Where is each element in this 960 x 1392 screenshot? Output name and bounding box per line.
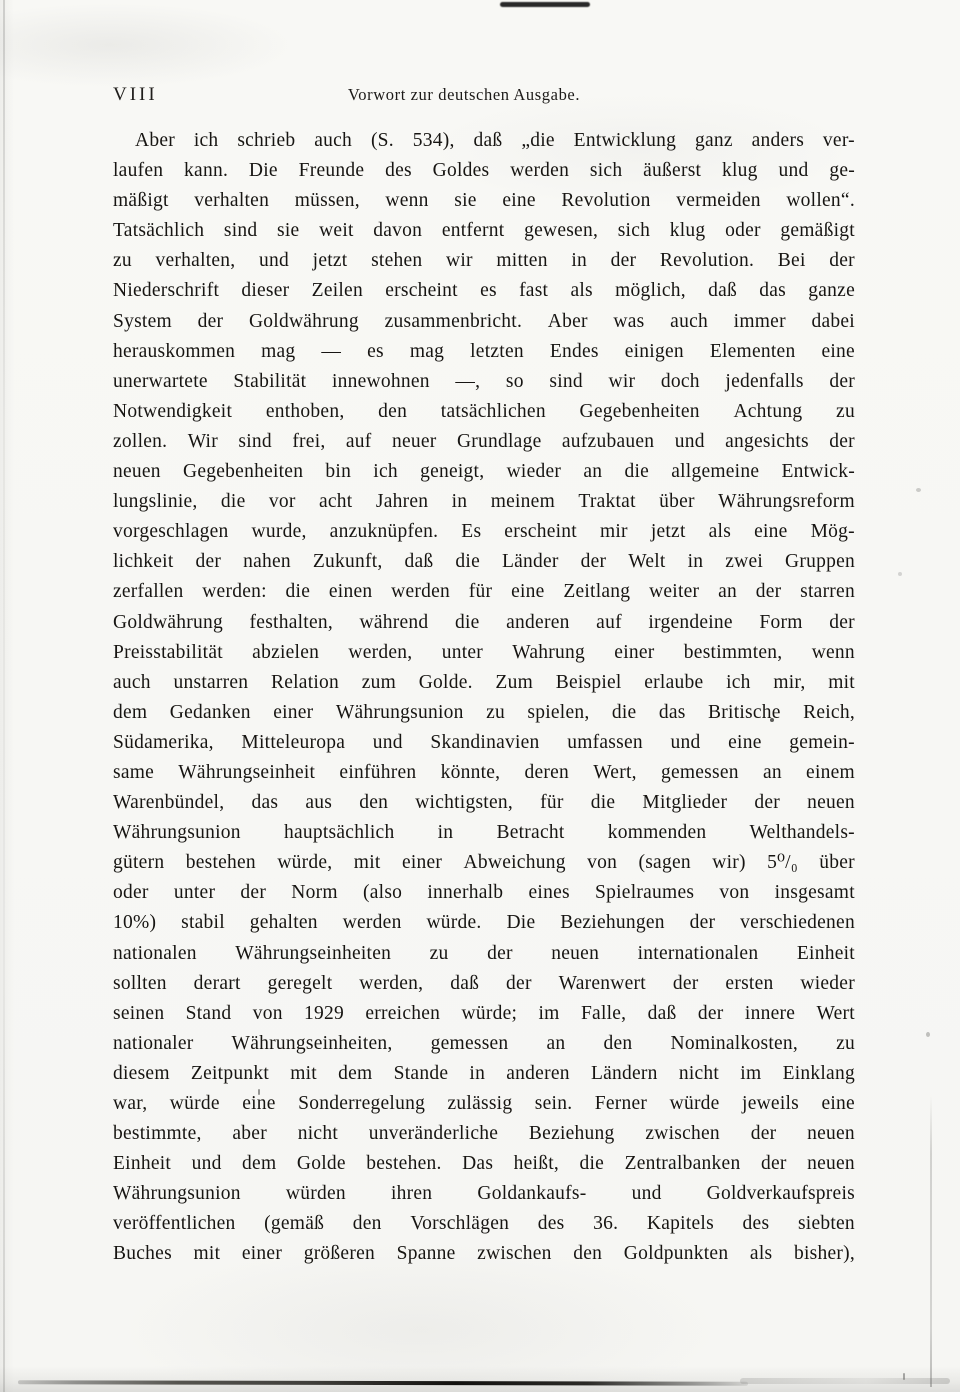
text-line: nationalenWährungseinheitenzuderneuenint…	[113, 939, 855, 969]
text-line: vorgeschlagenwurde,anzuknüpfen.Eserschei…	[113, 517, 855, 547]
text-line: Tatsächlichsindsieweitdavonentferntgewes…	[113, 216, 855, 246]
text-line: unerwarteteStabilitätinnewohnen—,sosindw…	[113, 367, 855, 397]
text-line: 10%)stabilgehaltenwerdenwürde.DieBeziehu…	[113, 908, 855, 938]
text-line: nationalerWährungseinheiten,gemessenande…	[113, 1029, 855, 1059]
text-line: BuchesmiteinergrößerenSpannezwischendenG…	[113, 1239, 855, 1269]
page-header: VIII Vorwort zur deutschen Ausgabe.	[113, 84, 855, 108]
text-line: lungslinie,dievorachtJahreninmeinemTrakt…	[113, 487, 855, 517]
text-line: herauskommenmag—esmagletztenEndeseinigen…	[113, 337, 855, 367]
text-line: zollen.Wirsindfrei,aufneuerGrundlageaufz…	[113, 427, 855, 457]
text-line: auchunstarrenRelationzumGolde.ZumBeispie…	[113, 668, 855, 698]
text-line: güternbestehenwürde,miteinerAbweichungvo…	[113, 848, 855, 878]
scan-dust-speck	[903, 1373, 905, 1380]
scan-artifact-right-edge	[930, 1095, 932, 1387]
scan-dust-speck	[898, 572, 902, 576]
running-title: Vorwort zur deutschen Ausgabe.	[93, 85, 835, 105]
scan-dust-speck	[926, 1032, 930, 1037]
text-line: bestimmte,abernichtunveränderlicheBezieh…	[113, 1119, 855, 1149]
text-line: laufenkann.DieFreundedesGoldeswerdensich…	[113, 156, 855, 186]
scan-artifact-bottom-right	[740, 1378, 950, 1384]
text-line: mäßigtverhaltenmüssen,wennsieeineRevolut…	[113, 186, 855, 216]
text-line: Notwendigkeitenthoben,dentatsächlichenGe…	[113, 397, 855, 427]
body-text: Aberichschriebauch(S.534),daß„dieEntwick…	[113, 126, 855, 1270]
text-line: Aberichschriebauch(S.534),daß„dieEntwick…	[113, 126, 855, 156]
text-line: EinheitunddemGoldebestehen.Dasheißt,dieZ…	[113, 1149, 855, 1179]
text-line: lichkeitdernahenZukunft,daßdieLänderderW…	[113, 547, 855, 577]
text-line: neuenGegebenheitenbinichgeneigt,wiederan…	[113, 457, 855, 487]
text-line: WährungsunionhauptsächlichinBetrachtkomm…	[113, 818, 855, 848]
text-line: Südamerika,MitteleuropaundSkandinavienum…	[113, 728, 855, 758]
text-line: war,würdeeineSonderregelungzulässigsein.…	[113, 1089, 855, 1119]
text-line: veröffentlichen(gemäßdenVorschlägendes36…	[113, 1209, 855, 1239]
scan-artifact-top-blob	[500, 2, 590, 7]
text-line: sameWährungseinheiteinführenkönnte,deren…	[113, 758, 855, 788]
text-line: SystemderGoldwährungzusammenbricht.Aberw…	[113, 307, 855, 337]
text-line: oderunterderNorm(alsoinnerhalbeinesSpiel…	[113, 878, 855, 908]
scan-dust-speck	[916, 488, 921, 492]
text-line: Warenbündel,dasausdenwichtigsten,fürdieM…	[113, 788, 855, 818]
text-line: Preisstabilitätabzielenwerden,unterWahru…	[113, 638, 855, 668]
scan-artifact-left-edge	[3, 0, 5, 1392]
text-line: demGedankeneinerWährungsunionzuspielen,d…	[113, 698, 855, 728]
text-line: zerfallenwerden:dieeinenwerdenfüreineZei…	[113, 577, 855, 607]
text-line: Goldwährungfesthalten,währenddieanderena…	[113, 608, 855, 638]
text-line: solltenderartgeregeltwerden,daßderWarenw…	[113, 969, 855, 999]
text-line: zuverhalten,undjetztstehenwirmitteninder…	[113, 246, 855, 276]
text-line: WährungsunionwürdenihrenGoldankaufs-undG…	[113, 1179, 855, 1209]
text-line: NiederschriftdieserZeilenerscheintesfast…	[113, 276, 855, 306]
text-line: diesemZeitpunktmitdemStandeinanderenLänd…	[113, 1059, 855, 1089]
text-line: seinenStandvon1929erreichenwürde;imFalle…	[113, 999, 855, 1029]
